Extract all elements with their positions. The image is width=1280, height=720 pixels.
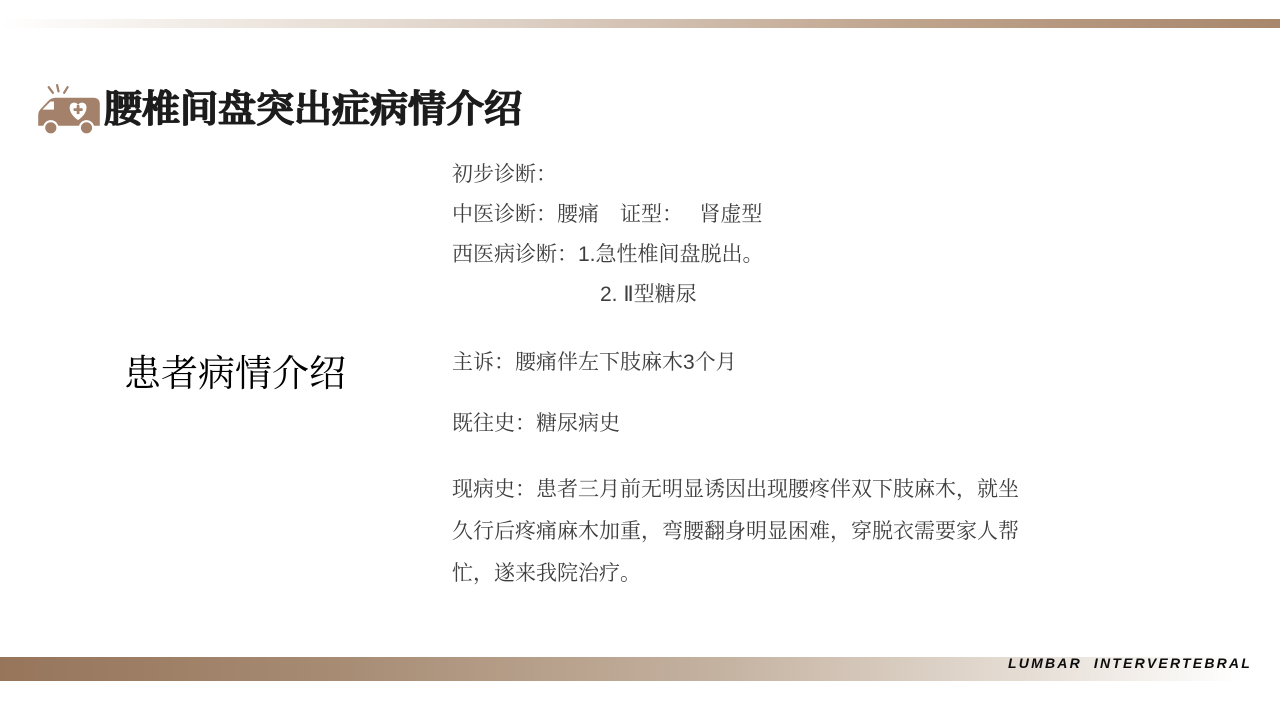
top-accent-bar — [0, 19, 1280, 28]
slide-title: 腰椎间盘突出症病情介绍 — [104, 84, 522, 136]
present-illness-line: 现病史：患者三月前无明显诱因出现腰疼伴双下肢麻木，就坐 — [452, 469, 1172, 511]
diagnosis-line-tcm: 中医诊断：腰痛 证型： 肾虚型 — [452, 195, 1172, 235]
past-history: 既往史：糖尿病史 — [452, 404, 1172, 444]
case-details: 初步诊断： 中医诊断：腰痛 证型： 肾虚型 西医病诊断：1.急性椎间盘脱出。 2… — [452, 155, 1172, 595]
footer-word-lumbar: LUMBAR — [1008, 655, 1082, 671]
diagnosis-block: 初步诊断： 中医诊断：腰痛 证型： 肾虚型 西医病诊断：1.急性椎间盘脱出。 2… — [452, 155, 1172, 315]
diagnosis-line-western-2: 2. Ⅱ型糖尿 — [452, 275, 1172, 315]
section-heading: 患者病情介绍 — [124, 350, 346, 398]
diagnosis-line-western-1: 西医病诊断：1.急性椎间盘脱出。 — [452, 235, 1172, 275]
diagnosis-line-preliminary: 初步诊断： — [452, 155, 1172, 195]
ambulance-icon — [34, 83, 104, 139]
footer-caption: LUMBARINTERVERTEBRAL — [1008, 655, 1252, 671]
footer-word-intervertebral: INTERVERTEBRAL — [1094, 655, 1252, 671]
present-illness-line: 久行后疼痛麻木加重，弯腰翻身明显困难，穿脱衣需要家人帮 — [452, 511, 1172, 553]
present-illness-line: 忙，遂来我院治疗。 — [452, 553, 1172, 595]
chief-complaint: 主诉：腰痛伴左下肢麻木3个月 — [452, 343, 1172, 383]
present-illness-block: 现病史：患者三月前无明显诱因出现腰疼伴双下肢麻木，就坐 久行后疼痛麻木加重，弯腰… — [452, 469, 1172, 595]
presentation-slide: 腰椎间盘突出症病情介绍 患者病情介绍 初步诊断： 中医诊断：腰痛 证型： 肾虚型… — [0, 0, 1280, 720]
